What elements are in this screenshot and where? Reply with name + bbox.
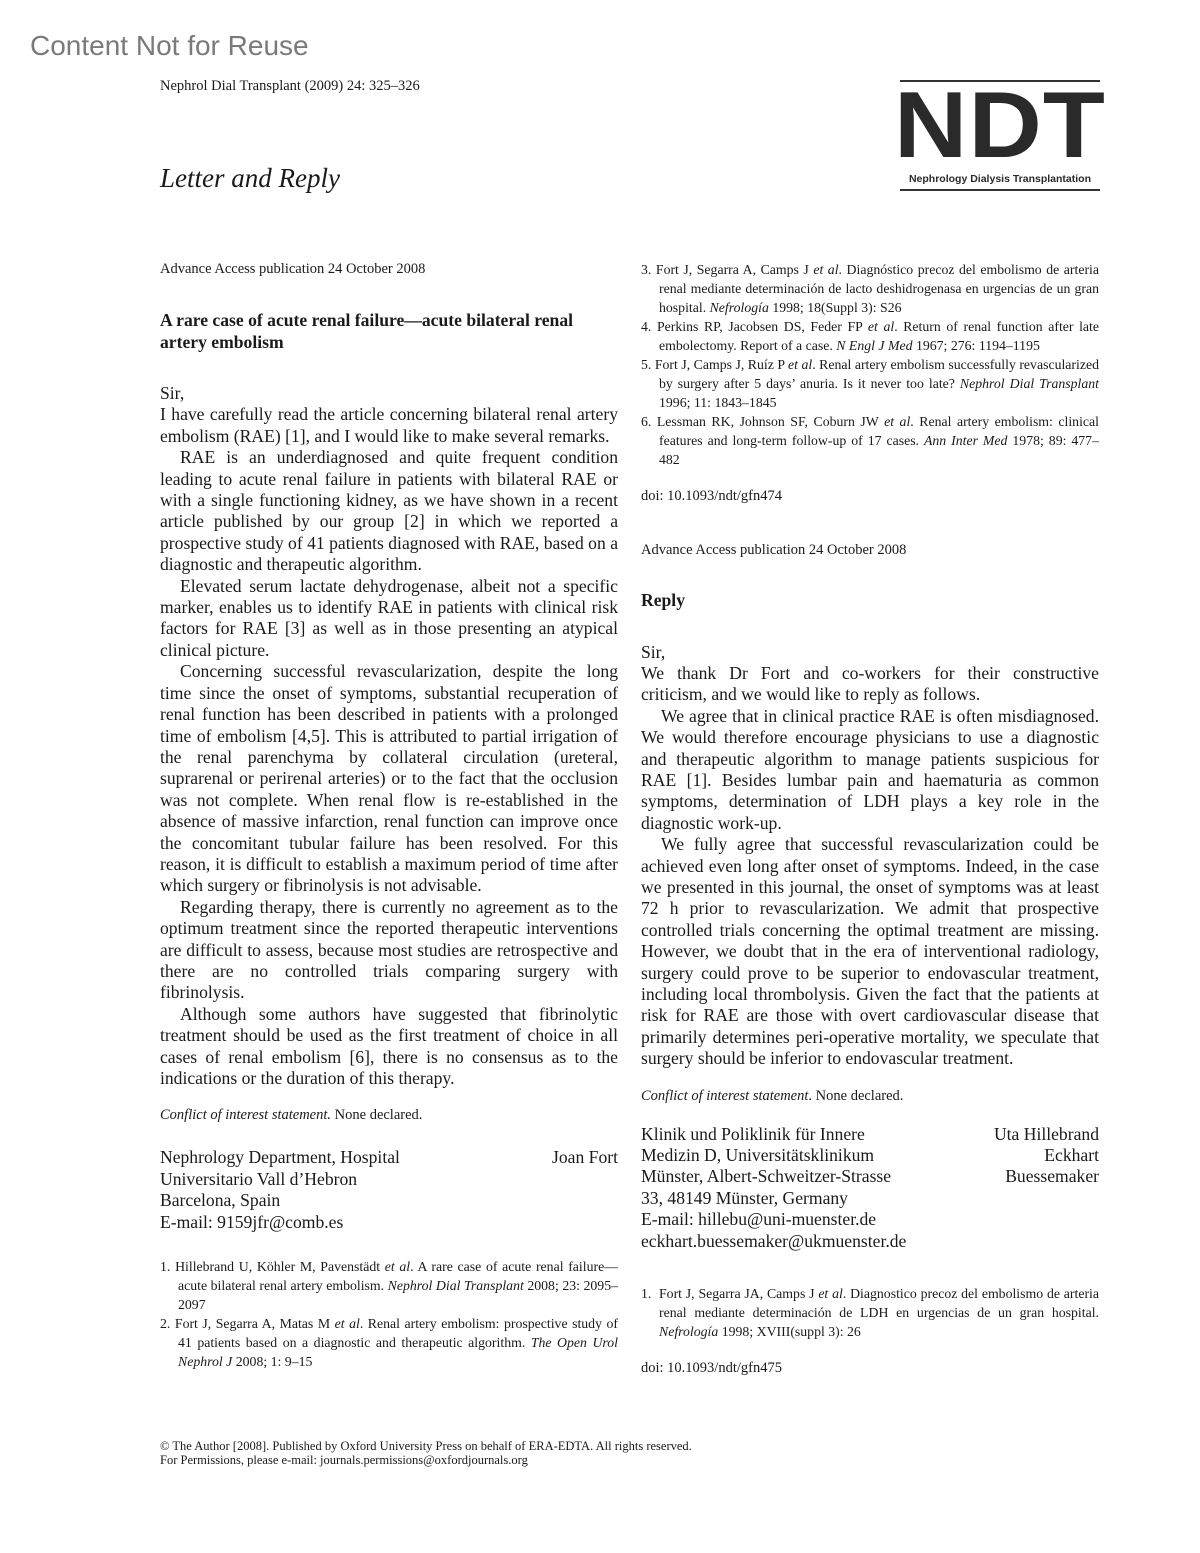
reply-affiliation: Klinik und Poliklinik für Innere Medizin… xyxy=(641,1124,906,1252)
reference-item: 1. Hillebrand U, Köhler M, Pavenstädt et… xyxy=(160,1257,618,1314)
letter-salutation: Sir, xyxy=(160,383,618,404)
journal-citation: Nephrol Dial Transplant (2009) 24: 325–3… xyxy=(160,78,420,95)
reply-signature: Klinik und Poliklinik für Innere Medizin… xyxy=(641,1124,1099,1252)
letter-doi[interactable]: doi: 10.1093/ndt/gfn474 xyxy=(641,487,1099,506)
reference-item: 5. Fort J, Camps J, Ruíz P et al. Renal … xyxy=(641,355,1099,412)
letter-conflict-statement: Conflict of interest statement. None dec… xyxy=(160,1106,618,1125)
reply-salutation: Sir, xyxy=(641,642,1099,663)
reply-conflict-statement: Conflict of interest statement. None dec… xyxy=(641,1087,1099,1106)
affiliation-line: Universitario Vall d’Hebron xyxy=(160,1169,400,1190)
reply-publication-date: Advance Access publication 24 October 20… xyxy=(641,541,1099,560)
section-title: Letter and Reply xyxy=(160,163,340,194)
letter-affiliation: Nephrology Department, Hospital Universi… xyxy=(160,1147,400,1233)
conflict-label: Conflict of interest statement xyxy=(641,1088,808,1104)
reference-item: 2. Fort J, Segarra A, Matas M et al. Ren… xyxy=(160,1314,618,1371)
reference-item: 4. Perkins RP, Jacobsen DS, Feder FP et … xyxy=(641,317,1099,355)
affiliation-line: Klinik und Poliklinik für Innere xyxy=(641,1124,906,1145)
letter-paragraph: RAE is an underdiagnosed and quite frequ… xyxy=(160,447,618,575)
affiliation-line: Barcelona, Spain xyxy=(160,1190,400,1211)
logo-letters: NDT xyxy=(892,84,1108,168)
letter-references-continued: 3. Fort J, Segarra A, Camps J et al. Dia… xyxy=(641,260,1099,469)
logo-bottom-rule xyxy=(900,189,1100,191)
permissions-notice: For Permissions, please e-mail: journals… xyxy=(160,1453,692,1467)
affiliation-line: Münster, Albert-Schweitzer-Strasse xyxy=(641,1166,906,1187)
letter-column: Advance Access publication 24 October 20… xyxy=(160,260,618,1371)
letter-paragraph: Although some authors have suggested tha… xyxy=(160,1004,618,1090)
author-email-link[interactable]: E-mail: 9159jfr@comb.es xyxy=(160,1212,400,1233)
reference-item: 3. Fort J, Segarra A, Camps J et al. Dia… xyxy=(641,260,1099,317)
letter-body: Sir, I have carefully read the article c… xyxy=(160,383,618,1089)
affiliation-line: 33, 48149 Münster, Germany xyxy=(641,1188,906,1209)
conflict-text: . None declared. xyxy=(808,1088,903,1104)
reply-title: Reply xyxy=(641,590,1099,612)
reference-item: 6. Lessman RK, Johnson SF, Coburn JW et … xyxy=(641,412,1099,469)
reply-doi[interactable]: doi: 10.1093/ndt/gfn475 xyxy=(641,1359,1099,1378)
conflict-label: Conflict of interest statement. xyxy=(160,1107,331,1123)
author-email-link[interactable]: eckhart.buessemaker@ukmuenster.de xyxy=(641,1231,906,1252)
reply-column: 3. Fort J, Segarra A, Camps J et al. Dia… xyxy=(641,260,1099,1378)
letter-paragraph: I have carefully read the article concer… xyxy=(160,404,618,447)
page-footer: © The Author [2008]. Published by Oxford… xyxy=(160,1439,692,1467)
letter-signature: Nephrology Department, Hospital Universi… xyxy=(160,1147,618,1233)
reply-references: 1. Fort J, Segarra JA, Camps J et al. Di… xyxy=(641,1284,1099,1341)
conflict-text: None declared. xyxy=(331,1107,422,1123)
author-email-link[interactable]: E-mail: hillebu@uni-muenster.de xyxy=(641,1209,906,1230)
letter-paragraph: Regarding therapy, there is currently no… xyxy=(160,897,618,1004)
reference-item: 1. Fort J, Segarra JA, Camps J et al. Di… xyxy=(641,1284,1099,1341)
letter-references: 1. Hillebrand U, Köhler M, Pavenstädt et… xyxy=(160,1257,618,1371)
author-name: Buessemaker xyxy=(994,1166,1099,1187)
copyright-notice: © The Author [2008]. Published by Oxford… xyxy=(160,1439,692,1453)
letter-title: A rare case of acute renal failure—acute… xyxy=(160,310,618,353)
reply-paragraph: We thank Dr Fort and co-workers for thei… xyxy=(641,663,1099,706)
affiliation-line: Nephrology Department, Hospital xyxy=(160,1147,400,1168)
author-name: Eckhart xyxy=(994,1145,1099,1166)
affiliation-line: Medizin D, Universitätsklinikum xyxy=(641,1145,906,1166)
reply-paragraph: We fully agree that successful revascula… xyxy=(641,834,1099,1069)
watermark: Content Not for Reuse xyxy=(30,30,309,62)
reply-paragraph: We agree that in clinical practice RAE i… xyxy=(641,706,1099,834)
letter-publication-date: Advance Access publication 24 October 20… xyxy=(160,260,618,279)
ndt-logo: NDT Nephrology Dialysis Transplantation xyxy=(900,80,1100,191)
reply-body: Sir, We thank Dr Fort and co-workers for… xyxy=(641,642,1099,1070)
letter-paragraph: Elevated serum lactate dehydrogenase, al… xyxy=(160,576,618,662)
reply-authors: Uta Hillebrand Eckhart Buessemaker xyxy=(994,1124,1099,1252)
author-name: Uta Hillebrand xyxy=(994,1124,1099,1145)
letter-author: Joan Fort xyxy=(552,1147,618,1233)
letter-paragraph: Concerning successful revascularization,… xyxy=(160,661,618,896)
